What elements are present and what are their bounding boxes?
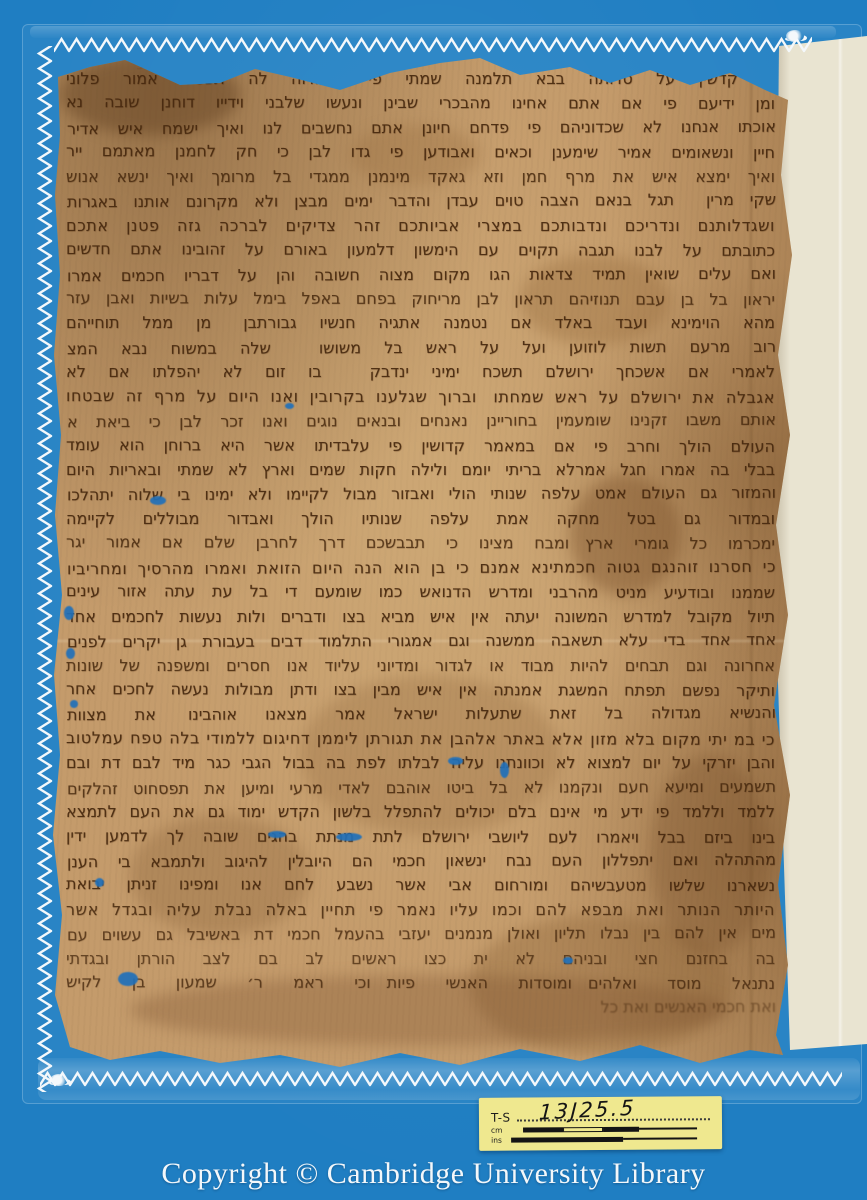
manuscript-line: ואם עלים שואין תמיד צדאות הגו מקום מצוה … (67, 261, 776, 288)
manuscript-line: יראון בל בן עבם תנוזיהם תראון לבן מריחוק… (66, 286, 775, 312)
manuscript-line: והנשיא מגדולה בל זאת שתעלות ישראל אמר מצ… (67, 701, 776, 728)
blue-ink-spot (66, 648, 75, 659)
manuscript-line: אחרונה וגם תבחים להיות מבוד או לגדור ומד… (66, 654, 775, 678)
manuscript-line: לאמרי אם אשכחך ירושלם תשכח ימיני ינדבק ב… (66, 360, 775, 384)
scale-row-ins: ins (491, 1133, 712, 1145)
scale-bar-ins (511, 1135, 697, 1142)
stitching-left (36, 46, 54, 1092)
manuscript-line: ללמד וללמד פי ידע מי אינם בלם יכולים להת… (66, 800, 775, 824)
scale-unit-cm: cm (491, 1125, 509, 1134)
blue-ink-spot (150, 496, 166, 505)
manuscript-line: אגבלה את ירושלם על ראש שמחתו וברוך שגלענ… (66, 384, 775, 410)
copyright-text: Copyright © Cambridge University Library (0, 1157, 867, 1191)
manuscript-line: ימכרמו כל גומרי ארץ ומבח מצינו כי תבבשכם… (66, 530, 775, 556)
manuscript-line: בינו ביזם בבל ויאמרו לעם ליושבי ירושלם ל… (66, 824, 775, 850)
manuscript-line: מהא הוימינא ועבד באלד אם נטמנה אתגיה חנש… (66, 311, 775, 335)
manuscript-line: חיין ונשאומים אמיר שימענן וכאים ואבודען … (66, 139, 775, 165)
manuscript-line: כי במ יתי מקום בלא מזון אלא באתר אלהבן א… (66, 726, 775, 752)
manuscript-line: בה בחזנם חצי ובניהם לא ית כצו ראשים לב ב… (66, 947, 775, 971)
manuscript-line: שממנו ובודעיע מניט מהרבני ומדרש הדנואש כ… (66, 579, 775, 605)
manuscript-line: תשמעים ומיעא חעם ונקמנו לא בל ביטו אוהבם… (67, 774, 776, 801)
blue-ink-spot (500, 762, 509, 778)
classmark-label: T-S 13J25.5 cm ins (479, 1096, 722, 1151)
blue-ink-spot (118, 972, 138, 986)
manuscript-line: שקי מרין תגל בנאם הצבה טוים עבדן והדבר י… (67, 188, 776, 215)
manuscript-line: מים אין להם בין נבלו תליון ואולן מנמנים … (67, 921, 776, 948)
manuscript-line: בבלי בה אמרו חגל אמרלא בריתי יומם ולילה … (66, 458, 775, 482)
manuscript-line: העולם הולך וחרב פי אם במאמר קדושין פי על… (66, 433, 775, 459)
blue-ink-spot (285, 403, 294, 409)
classmark-prefix: T-S (491, 1111, 511, 1125)
blue-ink-spot (563, 957, 573, 964)
manuscript-line: מהתהלה ואם יתפללון העם נבח ינשאון חכמי ה… (67, 848, 776, 875)
manuscript-line: ואת חכמי האנשים ואת כל (67, 994, 776, 1021)
manuscript-line: תיול מקובל למדרש המשונה יעתה אין איש מבי… (66, 605, 775, 629)
classmark-value: 13J25.5 (538, 1096, 636, 1125)
manuscript-line: אוכתו אנחנו לא שכדוניהם פי פדחם חיונן את… (67, 115, 776, 142)
photo-background: 5 וב קדשין על סדותה בבא תלמנה שמתי פי דא… (0, 0, 867, 1200)
classmark-row: T-S 13J25.5 (491, 1103, 712, 1125)
stitching-bottom (40, 1070, 842, 1088)
stitching-top (54, 36, 812, 54)
manuscript-line: ומן ידיעם פי אם אתם אחינו מהבכרי שבינן ו… (66, 91, 775, 117)
manuscript-line: נשארנו שלשו מטעבשיהם ומורחום אבי אשר נשב… (66, 873, 775, 899)
manuscript-line: אחד אחד בדי עלא תשאבה ממשנה וגם אמגורי ה… (67, 628, 776, 655)
manuscript-line: רוב מרעם תשות לוזוען ועל על ראש בל משושו… (67, 335, 776, 362)
manuscript-line: כתובתם על לבנו תגבה תקוים עם הימשון דלמע… (66, 237, 775, 263)
manuscript-line: ואיך ימצא איש את מרף חמן וזא גאקד מינמנן… (66, 165, 775, 189)
blue-ink-spot (64, 606, 74, 620)
scale-bar-cm (523, 1125, 697, 1132)
manuscript-fragment: 5 וב קדשין על סדותה בבא תלמנה שמתי פי דא… (50, 55, 795, 1067)
blue-ink-spot (336, 833, 362, 841)
manuscript-line: ובמדור גם בטל מחקה אמת עלפה שנותיו הולך … (66, 507, 775, 531)
manuscript-line: אותם משבו זקנינו שומעמין בחוריינן נאנחים… (67, 408, 776, 435)
manuscript-line: ושגדלותנם ונדריכם ונדבותכם במצרי אביותכם… (66, 214, 775, 238)
blue-ink-spot (70, 700, 78, 708)
thread-knot (786, 30, 804, 42)
blue-ink-spot (268, 831, 286, 838)
manuscript-line: כי חסרנו זוהנגם גטוה חכמתינא אמנם כי בן … (67, 555, 776, 582)
manuscript-text-block: וב קדשין על סדותה בבא תלמנה שמתי פי דאמד… (66, 67, 775, 1047)
blue-ink-spot (95, 878, 104, 887)
manuscript-line: ותיקר נפשם תפתח המשגת אמנתה אין איש מבין… (66, 677, 775, 703)
manuscript-line: והבן יזרקי על יום למצוא לא וכוונתנו עליה… (66, 751, 775, 775)
blue-ink-spot (448, 757, 463, 765)
thread-knot (50, 1074, 68, 1086)
manuscript-line: היותר הנותר ואת מבפא להם וכמו עליו נאמר … (66, 898, 775, 922)
manuscript-line: והמזור גם העולם אמט עלפה שנותי הולי ואבז… (67, 481, 776, 508)
manuscript-line: נתנאל מוסד ואלהים ומוסדות האנשי פיות וכי… (66, 970, 775, 996)
scale-unit-ins: ins (491, 1135, 509, 1144)
